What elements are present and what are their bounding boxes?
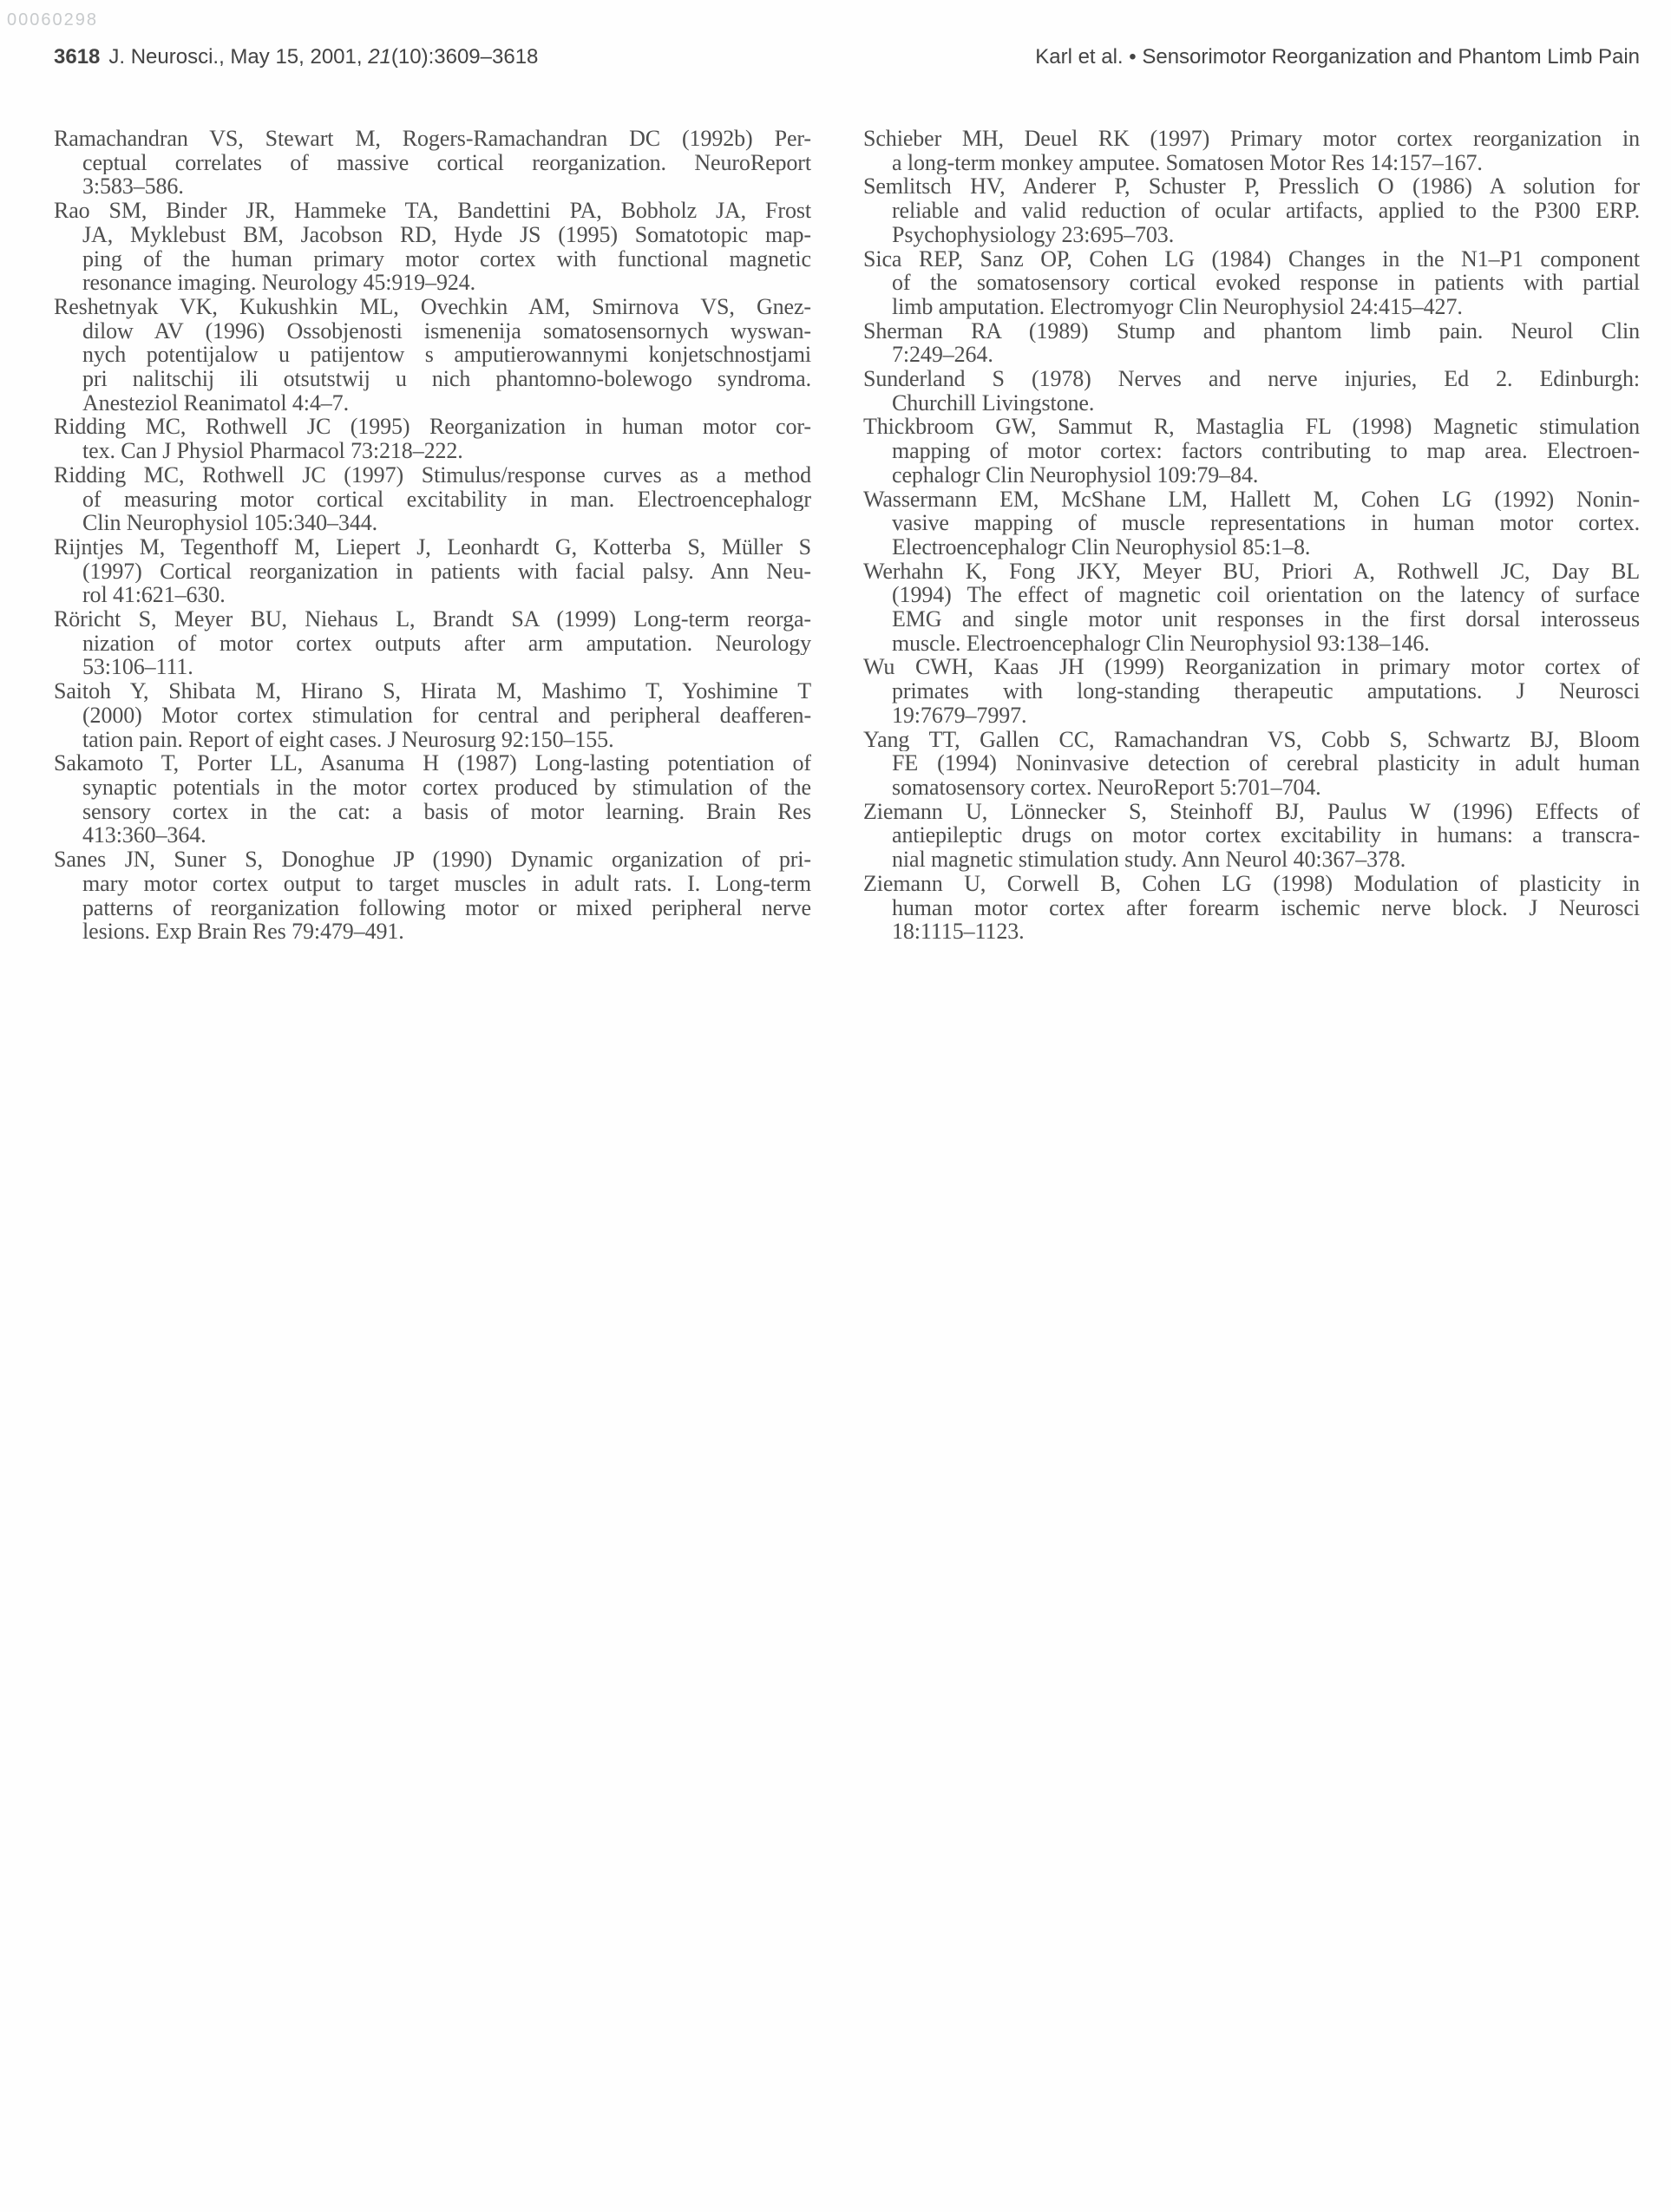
reference-line: Electroencephalogr Clin Neurophysiol 85:…	[863, 535, 1640, 560]
reference-item: Werhahn K, Fong JKY, Meyer BU, Priori A,…	[863, 560, 1640, 656]
reference-line: pri nalitschij ili otsutstwij u nich pha…	[54, 367, 811, 391]
reference-line: Semlitsch HV, Anderer P, Schuster P, Pre…	[863, 174, 1640, 199]
reference-line: resonance imaging. Neurology 45:919–924.	[54, 271, 811, 295]
reference-item: Wassermann EM, McShane LM, Hallett M, Co…	[863, 488, 1640, 560]
reference-line: tex. Can J Physiol Pharmacol 73:218–222.	[54, 439, 811, 463]
journal-citation-suffix: (10):3609–3618	[391, 45, 538, 69]
reference-line: lesions. Exp Brain Res 79:479–491.	[54, 919, 811, 944]
reference-line: 19:7679–7997.	[863, 704, 1640, 728]
reference-line: tation pain. Report of eight cases. J Ne…	[54, 728, 811, 752]
page-number: 3618	[54, 45, 100, 69]
scan-watermark: 00060298	[7, 10, 98, 30]
reference-line: muscle. Electroencephalogr Clin Neurophy…	[863, 632, 1640, 656]
reference-line: 53:106–111.	[54, 655, 811, 679]
reference-item: Schieber MH, Deuel RK (1997) Primary mot…	[863, 127, 1640, 174]
reference-line: rol 41:621–630.	[54, 583, 811, 607]
reference-item: Sunderland S (1978) Nerves and nerve inj…	[863, 367, 1640, 415]
reference-line: vasive mapping of muscle representations…	[863, 511, 1640, 535]
reference-item: Ridding MC, Rothwell JC (1995) Reorganiz…	[54, 415, 811, 462]
reference-line: mapping of motor cortex: factors contrib…	[863, 439, 1640, 463]
reference-line: human motor cortex after forearm ischemi…	[863, 896, 1640, 920]
reference-item: Sica REP, Sanz OP, Cohen LG (1984) Chang…	[863, 247, 1640, 319]
reference-line: mary motor cortex output to target muscl…	[54, 872, 811, 896]
reference-line: Reshetnyak VK, Kukushkin ML, Ovechkin AM…	[54, 295, 811, 319]
reference-line: Wu CWH, Kaas JH (1999) Reorganization in…	[863, 655, 1640, 679]
reference-item: Rao SM, Binder JR, Hammeke TA, Bandettin…	[54, 199, 811, 295]
reference-line: cephalogr Clin Neurophysiol 109:79–84.	[863, 463, 1640, 488]
references-column-left: Ramachandran VS, Stewart M, Rogers-Ramac…	[54, 127, 811, 944]
reference-line: Rao SM, Binder JR, Hammeke TA, Bandettin…	[54, 199, 811, 223]
reference-line: Ridding MC, Rothwell JC (1995) Reorganiz…	[54, 415, 811, 439]
reference-line: reliable and valid reduction of ocular a…	[863, 199, 1640, 223]
reference-line: sensory cortex in the cat: a basis of mo…	[54, 800, 811, 824]
reference-line: Schieber MH, Deuel RK (1997) Primary mot…	[863, 127, 1640, 151]
reference-line: FE (1994) Noninvasive detection of cereb…	[863, 751, 1640, 776]
reference-line: Ziemann U, Corwell B, Cohen LG (1998) Mo…	[863, 872, 1640, 896]
reference-line: Sica REP, Sanz OP, Cohen LG (1984) Chang…	[863, 247, 1640, 272]
reference-item: Sakamoto T, Porter LL, Asanuma H (1987) …	[54, 751, 811, 847]
page-header: 3618J. Neurosci., May 15, 2001, 21(10):3…	[54, 45, 1640, 69]
reference-line: primates with long-standing therapeutic …	[863, 679, 1640, 704]
reference-line: (2000) Motor cortex stimulation for cent…	[54, 704, 811, 728]
reference-line: antiepileptic drugs on motor cortex exci…	[863, 823, 1640, 847]
header-left-citation: 3618J. Neurosci., May 15, 2001, 21(10):3…	[54, 45, 538, 69]
reference-line: 413:360–364.	[54, 823, 811, 847]
reference-item: Röricht S, Meyer BU, Niehaus L, Brandt S…	[54, 607, 811, 679]
reference-line: (1994) The effect of magnetic coil orien…	[863, 583, 1640, 607]
reference-item: Yang TT, Gallen CC, Ramachandran VS, Cob…	[863, 728, 1640, 800]
reference-line: Sherman RA (1989) Stump and phantom limb…	[863, 319, 1640, 344]
reference-line: Sakamoto T, Porter LL, Asanuma H (1987) …	[54, 751, 811, 776]
reference-item: Ramachandran VS, Stewart M, Rogers-Ramac…	[54, 127, 811, 199]
reference-line: Werhahn K, Fong JKY, Meyer BU, Priori A,…	[863, 560, 1640, 584]
reference-line: 3:583–586.	[54, 174, 811, 199]
reference-line: a long-term monkey amputee. Somatosen Mo…	[863, 151, 1640, 175]
reference-line: Röricht S, Meyer BU, Niehaus L, Brandt S…	[54, 607, 811, 632]
journal-citation-volume: 21	[368, 45, 391, 69]
reference-line: Rijntjes M, Tegenthoff M, Liepert J, Leo…	[54, 535, 811, 560]
reference-line: Ziemann U, Lönnecker S, Steinhoff BJ, Pa…	[863, 800, 1640, 824]
reference-line: Churchill Livingstone.	[863, 391, 1640, 416]
reference-line: Clin Neurophysiol 105:340–344.	[54, 511, 811, 535]
journal-page: 00060298 3618J. Neurosci., May 15, 2001,…	[0, 0, 1671, 2212]
reference-line: limb amputation. Electromyogr Clin Neuro…	[863, 295, 1640, 319]
reference-item: Reshetnyak VK, Kukushkin ML, Ovechkin AM…	[54, 295, 811, 416]
reference-line: 18:1115–1123.	[863, 919, 1640, 944]
reference-line: nych potentijalow u patijentow s amputie…	[54, 343, 811, 367]
reference-item: Rijntjes M, Tegenthoff M, Liepert J, Leo…	[54, 535, 811, 607]
reference-item: Ziemann U, Lönnecker S, Steinhoff BJ, Pa…	[863, 800, 1640, 872]
reference-item: Sherman RA (1989) Stump and phantom limb…	[863, 319, 1640, 367]
running-title: Karl et al. • Sensorimotor Reorganizatio…	[1035, 45, 1640, 69]
reference-line: patterns of reorganization following mot…	[54, 896, 811, 920]
references-column-right: Schieber MH, Deuel RK (1997) Primary mot…	[863, 127, 1640, 944]
reference-item: Sanes JN, Suner S, Donoghue JP (1990) Dy…	[54, 847, 811, 944]
reference-line: Yang TT, Gallen CC, Ramachandran VS, Cob…	[863, 728, 1640, 752]
journal-citation-prefix: J. Neurosci., May 15, 2001,	[108, 45, 368, 69]
reference-line: Anesteziol Reanimatol 4:4–7.	[54, 391, 811, 416]
reference-line: Wassermann EM, McShane LM, Hallett M, Co…	[863, 488, 1640, 512]
reference-line: nization of motor cortex outputs after a…	[54, 632, 811, 656]
reference-item: Semlitsch HV, Anderer P, Schuster P, Pre…	[863, 174, 1640, 246]
reference-line: Sanes JN, Suner S, Donoghue JP (1990) Dy…	[54, 847, 811, 872]
reference-line: JA, Myklebust BM, Jacobson RD, Hyde JS (…	[54, 223, 811, 247]
reference-line: Ramachandran VS, Stewart M, Rogers-Ramac…	[54, 127, 811, 151]
reference-item: Thickbroom GW, Sammut R, Mastaglia FL (1…	[863, 415, 1640, 487]
reference-line: Ridding MC, Rothwell JC (1997) Stimulus/…	[54, 463, 811, 488]
reference-item: Ziemann U, Corwell B, Cohen LG (1998) Mo…	[863, 872, 1640, 944]
reference-line: somatosensory cortex. NeuroReport 5:701–…	[863, 776, 1640, 800]
reference-line: dilow AV (1996) Ossobjenosti ismenenija …	[54, 319, 811, 344]
reference-item: Ridding MC, Rothwell JC (1997) Stimulus/…	[54, 463, 811, 535]
reference-item: Wu CWH, Kaas JH (1999) Reorganization in…	[863, 655, 1640, 727]
reference-line: ceptual correlates of massive cortical r…	[54, 151, 811, 175]
reference-line: Saitoh Y, Shibata M, Hirano S, Hirata M,…	[54, 679, 811, 704]
reference-line: of measuring motor cortical excitability…	[54, 488, 811, 512]
reference-line: of the somatosensory cortical evoked res…	[863, 271, 1640, 295]
reference-line: EMG and single motor unit responses in t…	[863, 607, 1640, 632]
reference-line: 7:249–264.	[863, 343, 1640, 367]
reference-line: Psychophysiology 23:695–703.	[863, 223, 1640, 247]
reference-item: Saitoh Y, Shibata M, Hirano S, Hirata M,…	[54, 679, 811, 751]
reference-line: Thickbroom GW, Sammut R, Mastaglia FL (1…	[863, 415, 1640, 439]
reference-line: (1997) Cortical reorganization in patien…	[54, 560, 811, 584]
reference-line: nial magnetic stimulation study. Ann Neu…	[863, 847, 1640, 872]
reference-line: synaptic potentials in the motor cortex …	[54, 776, 811, 800]
reference-line: ping of the human primary motor cortex w…	[54, 247, 811, 272]
reference-line: Sunderland S (1978) Nerves and nerve inj…	[863, 367, 1640, 391]
